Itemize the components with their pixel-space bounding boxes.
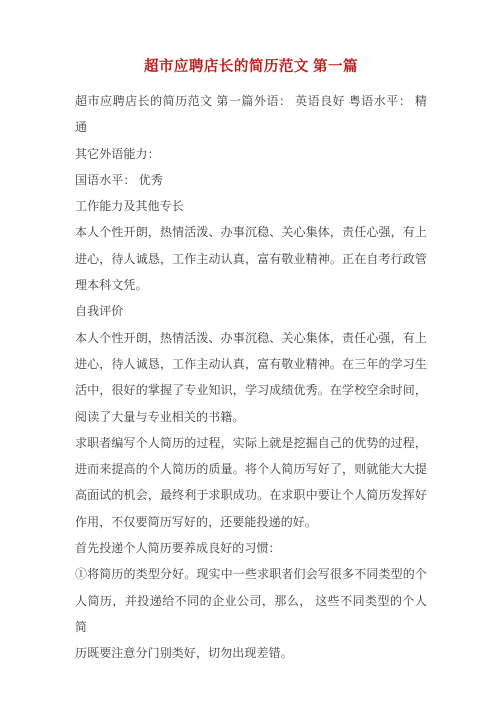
text-line: 进心，待人诚恳，工作主动认真，富有敬业精神。正在自考行政管	[75, 246, 427, 272]
text-line: 人简历，并投递给不同的企业公司，那么， 这些不同类型的个人简	[75, 588, 427, 641]
text-line: 其它外语能力：	[75, 141, 427, 167]
text-line: 本人个性开朗，热情活泼、办事沉稳、关心集体，责任心强，有上	[75, 219, 427, 245]
text-line: 超市应聘店长的简历范文 第一篇外语： 英语良好 粤语水平： 精	[75, 88, 427, 114]
document-page: 超市应聘店长的简历范文 第一篇 超市应聘店长的简历范文 第一篇外语： 英语良好 …	[0, 0, 500, 707]
document-body: 超市应聘店长的简历范文 第一篇 超市应聘店长的简历范文 第一篇外语： 英语良好 …	[75, 57, 427, 667]
text-line: 进而来提高的个人简历的质量。将个人简历写好了，则就能大大提	[75, 456, 427, 482]
text-line: 进心，待人诚恳，工作主动认真，富有敬业精神。在三年的学习生	[75, 351, 427, 377]
text-line: 求职者编写个人简历的过程，实际上就是挖掘自己的优势的过程，	[75, 430, 427, 456]
text-line: 通	[75, 114, 427, 140]
text-line: 作用，不仅要简历写好的，还要能投递的好。	[75, 509, 427, 535]
text-line: 自我评价	[75, 298, 427, 324]
text-line: ①将简历的类型分好。现实中一些求职者们会写很多不同类型的个	[75, 561, 427, 587]
document-title: 超市应聘店长的简历范文 第一篇	[75, 57, 427, 77]
text-line: 高面试的机会，最终利于求职成功。在求职中要让个人简历发挥好	[75, 482, 427, 508]
text-line: 理本科文凭。	[75, 272, 427, 298]
text-line: 首先投递个人简历要养成良好的习惯：	[75, 535, 427, 561]
text-line: 活中，很好的掌握了专业知识，学习成绩优秀。在学校空余时间，	[75, 377, 427, 403]
text-line: 历既要注意分门别类好，切勿出现差错。	[75, 640, 427, 666]
text-line: 本人个性开朗，热情活泼、办事沉稳、关心集体，责任心强，有上	[75, 325, 427, 351]
text-line: 工作能力及其他专长	[75, 193, 427, 219]
text-line: 阅读了大量与专业相关的书籍。	[75, 404, 427, 430]
text-line: 国语水平： 优秀	[75, 167, 427, 193]
